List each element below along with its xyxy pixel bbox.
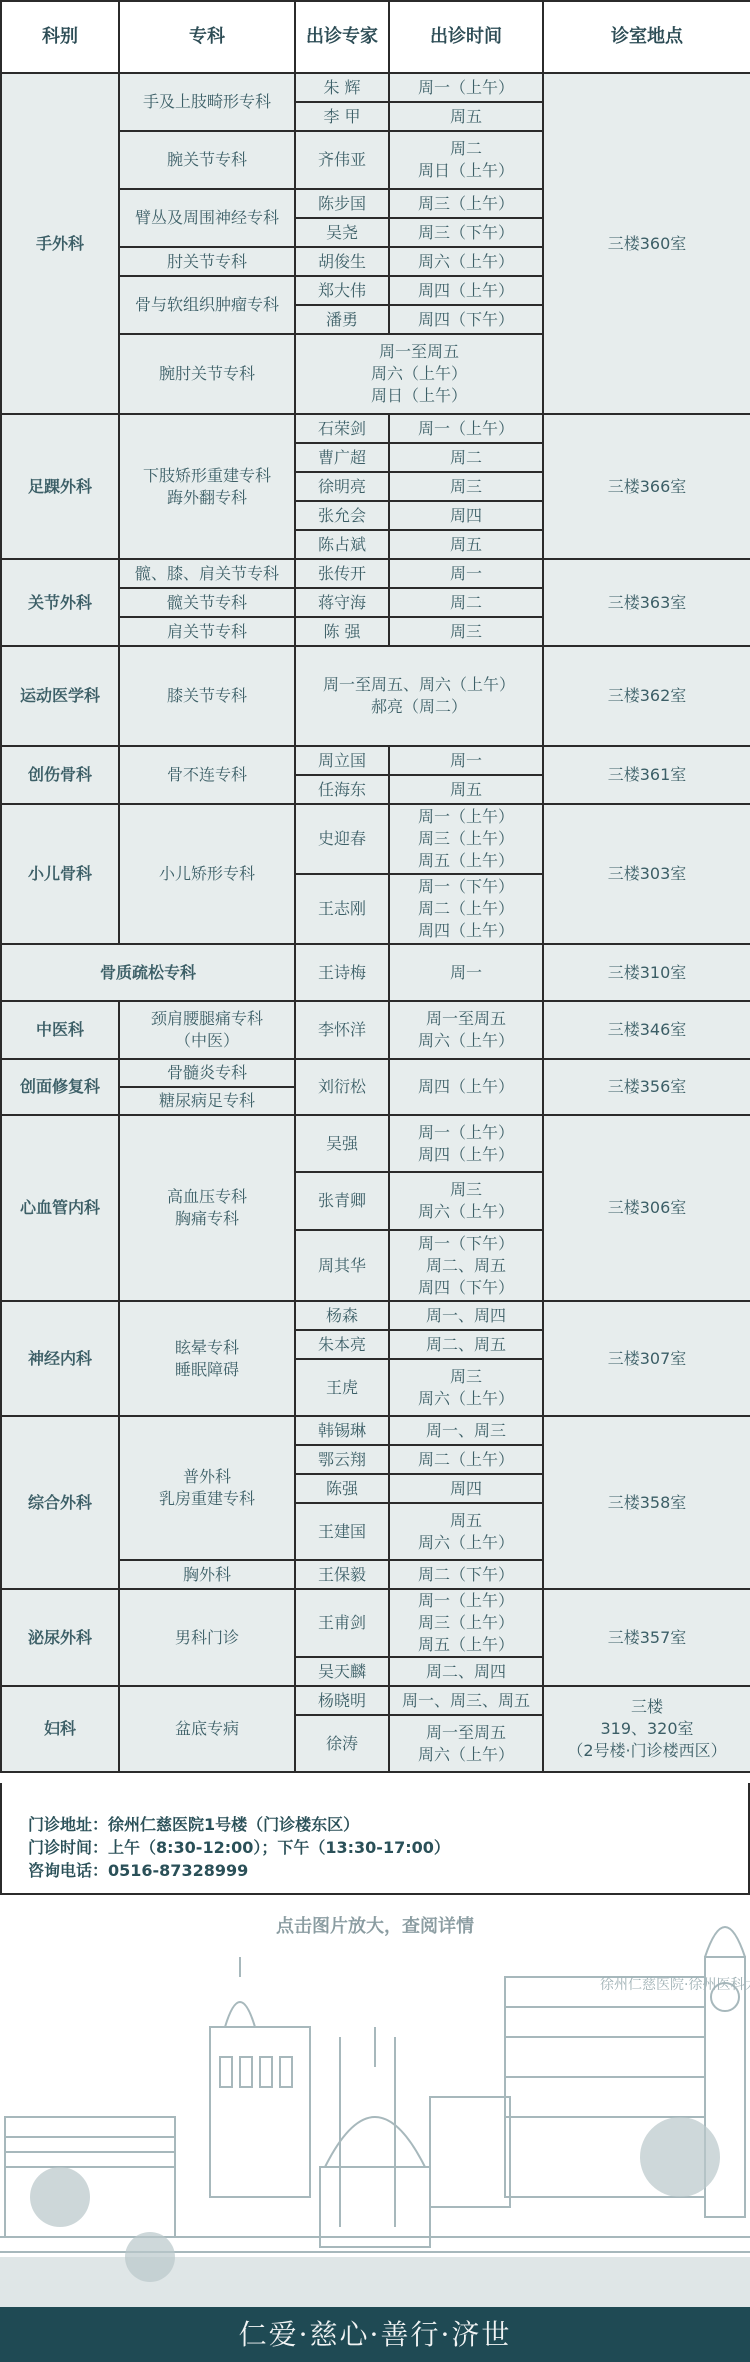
merged-time: 周一至周五周六（上午）周日（上午） [295, 334, 543, 414]
time: 周一 [389, 746, 543, 775]
specialty: 臂丛及周围神经专科 [119, 189, 295, 247]
time: 周一（下午）周二（上午）周四（上午） [389, 874, 543, 944]
time: 周五周六（上午） [389, 1503, 543, 1560]
specialty: 骨与软组织肿瘤专科 [119, 276, 295, 334]
col-time: 出诊时间 [389, 1, 543, 73]
time: 周一（上午）周四（上午） [389, 1115, 543, 1172]
room: 三楼319、320室（2号楼·门诊楼西区） [543, 1686, 750, 1772]
specialty: 骨髓炎专科 [119, 1059, 295, 1087]
dept-name: 小儿骨科 [1, 804, 119, 944]
time: 周二、周四 [389, 1657, 543, 1686]
specialty: 膝关节专科 [119, 646, 295, 746]
doctor: 石荣剑 [295, 414, 389, 443]
specialty: 肩关节专科 [119, 617, 295, 646]
time: 周四 [389, 1474, 543, 1503]
time: 周二（上午） [389, 1445, 543, 1474]
doctor: 任海东 [295, 775, 389, 804]
doctor: 胡俊生 [295, 247, 389, 276]
doctor: 徐涛 [295, 1715, 389, 1772]
time: 周五 [389, 102, 543, 131]
doctor: 李 甲 [295, 102, 389, 131]
dept-name: 足踝外科 [1, 414, 119, 559]
clinic-info-box: 门诊地址：徐州仁慈医院1号楼（门诊楼东区） 门诊时间：上午（8:30-12:00… [0, 1783, 750, 1895]
doctor: 陈步国 [295, 189, 389, 218]
time: 周三 [389, 472, 543, 501]
room: 三楼307室 [543, 1301, 750, 1416]
doctor: 陈占斌 [295, 530, 389, 559]
time: 周二 [389, 443, 543, 472]
doctor: 吴尧 [295, 218, 389, 247]
time: 周五 [389, 775, 543, 804]
specialty: 糖尿病足专科 [119, 1087, 295, 1115]
schedule-table: 科别 专科 出诊专家 出诊时间 诊室地点 手外科 手及上肢畸形专科 朱 辉 周一… [0, 0, 750, 1773]
doctor: 史迎春 [295, 804, 389, 874]
doctor: 陈 强 [295, 617, 389, 646]
room: 三楼310室 [543, 944, 750, 1001]
doctor: 刘衍松 [295, 1059, 389, 1115]
dept-name: 手外科 [1, 73, 119, 414]
doctor: 朱 辉 [295, 73, 389, 102]
dept-name: 心血管内科 [1, 1115, 119, 1301]
specialty: 普外科乳房重建专科 [119, 1416, 295, 1560]
specialty: 眩晕专科睡眠障碍 [119, 1301, 295, 1416]
doctor: 杨森 [295, 1301, 389, 1330]
doctor: 王诗梅 [295, 944, 389, 1001]
time: 周一（上午）周三（上午）周五（上午） [389, 1589, 543, 1657]
doctor: 鄂云翔 [295, 1445, 389, 1474]
room: 三楼356室 [543, 1059, 750, 1115]
dept-name: 骨质疏松专科 [1, 944, 295, 1001]
specialty: 髋、膝、肩关节专科 [119, 559, 295, 588]
doctor: 王保毅 [295, 1560, 389, 1589]
doctor: 蒋守海 [295, 588, 389, 617]
doctor: 王甫剑 [295, 1589, 389, 1657]
time: 周二周日（上午） [389, 131, 543, 189]
time: 周一、周四 [389, 1301, 543, 1330]
specialty: 骨不连专科 [119, 746, 295, 804]
dept-name: 中医科 [1, 1001, 119, 1059]
clinic-address: 门诊地址：徐州仁慈医院1号楼（门诊楼东区） [28, 1813, 450, 1836]
time: 周二 [389, 588, 543, 617]
time: 周三周六（上午） [389, 1359, 543, 1416]
doctor: 朱本亮 [295, 1330, 389, 1359]
room: 三楼357室 [543, 1589, 750, 1686]
dept-name: 关节外科 [1, 559, 119, 646]
doctor: 张青卿 [295, 1172, 389, 1230]
specialty: 高血压专科胸痛专科 [119, 1115, 295, 1301]
doctor: 张允会 [295, 501, 389, 530]
doctor: 吴天麟 [295, 1657, 389, 1686]
dept-name: 创伤骨科 [1, 746, 119, 804]
room: 三楼361室 [543, 746, 750, 804]
room: 三楼366室 [543, 414, 750, 559]
time: 周三（上午） [389, 189, 543, 218]
time: 周四（上午） [389, 1059, 543, 1115]
time: 周一至周五周六（上午） [389, 1001, 543, 1059]
doctor: 陈强 [295, 1474, 389, 1503]
doctor: 王虎 [295, 1359, 389, 1416]
doctor: 周立国 [295, 746, 389, 775]
time: 周一、周三、周五 [389, 1686, 543, 1715]
specialty: 腕关节专科 [119, 131, 295, 189]
time: 周五 [389, 530, 543, 559]
time: 周一（下午）周二、周五周四（下午） [389, 1230, 543, 1301]
doctor: 王建国 [295, 1503, 389, 1560]
time: 周一至周五周六（上午） [389, 1715, 543, 1772]
time: 周二、周五 [389, 1330, 543, 1359]
specialty: 手及上肢畸形专科 [119, 73, 295, 131]
time: 周三周六（上午） [389, 1172, 543, 1230]
doctor: 曹广超 [295, 443, 389, 472]
time: 周四（上午） [389, 276, 543, 305]
specialty: 男科门诊 [119, 1589, 295, 1686]
room: 三楼360室 [543, 73, 750, 414]
time: 周一（上午） [389, 73, 543, 102]
room: 三楼362室 [543, 646, 750, 746]
specialty: 胸外科 [119, 1560, 295, 1589]
time: 周四 [389, 501, 543, 530]
col-specialty: 专科 [119, 1, 295, 73]
room: 三楼363室 [543, 559, 750, 646]
time: 周二（下午） [389, 1560, 543, 1589]
merged-time: 周一至周五、周六（上午）郝亮（周二） [295, 646, 543, 746]
clinic-phone: 咨询电话：0516-87328999 [28, 1859, 450, 1882]
clinic-hours: 门诊时间：上午（8:30-12:00）；下午（13:30-17:00） [28, 1836, 450, 1859]
col-room: 诊室地点 [543, 1, 750, 73]
doctor: 郑大伟 [295, 276, 389, 305]
time: 周一（上午） [389, 414, 543, 443]
specialty: 肘关节专科 [119, 247, 295, 276]
dept-name: 妇科 [1, 1686, 119, 1772]
doctor: 潘勇 [295, 305, 389, 334]
specialty: 颈肩腰腿痛专科（中医） [119, 1001, 295, 1059]
room: 三楼303室 [543, 804, 750, 944]
header-row: 科别 专科 出诊专家 出诊时间 诊室地点 [1, 1, 750, 73]
doctor: 周其华 [295, 1230, 389, 1301]
specialty: 小儿矫形专科 [119, 804, 295, 944]
time: 周一 [389, 944, 543, 1001]
time: 周三 [389, 617, 543, 646]
dept-name: 运动医学科 [1, 646, 119, 746]
time: 周三（下午） [389, 218, 543, 247]
specialty: 盆底专病 [119, 1686, 295, 1772]
room: 三楼346室 [543, 1001, 750, 1059]
specialty: 腕肘关节专科 [119, 334, 295, 414]
specialty: 下肢矫形重建专科踇外翻专科 [119, 414, 295, 559]
time: 周一 [389, 559, 543, 588]
time: 周四（下午） [389, 305, 543, 334]
doctor: 齐伟亚 [295, 131, 389, 189]
dept-name: 创面修复科 [1, 1059, 119, 1115]
time: 周一（上午）周三（上午）周五（上午） [389, 804, 543, 874]
room: 三楼358室 [543, 1416, 750, 1589]
dept-name: 综合外科 [1, 1416, 119, 1589]
dept-name: 神经内科 [1, 1301, 119, 1416]
doctor: 张传开 [295, 559, 389, 588]
slogan-banner: 仁爱·慈心·善行·济世 [0, 2307, 750, 2362]
time: 周一、周三 [389, 1416, 543, 1445]
doctor: 杨晓明 [295, 1686, 389, 1715]
hospital-illustration[interactable]: 徐州仁慈医院·徐州医科大学附属 [0, 1897, 750, 2307]
time: 周六（上午） [389, 247, 543, 276]
doctor: 李怀洋 [295, 1001, 389, 1059]
room: 三楼306室 [543, 1115, 750, 1301]
dept-name: 泌尿外科 [1, 1589, 119, 1686]
doctor: 徐明亮 [295, 472, 389, 501]
hospital-sign: 徐州仁慈医院·徐州医科大学附属 [600, 1976, 750, 1993]
specialty: 髋关节专科 [119, 588, 295, 617]
col-doctor: 出诊专家 [295, 1, 389, 73]
doctor: 王志刚 [295, 874, 389, 944]
doctor: 吴强 [295, 1115, 389, 1172]
doctor: 韩锡琳 [295, 1416, 389, 1445]
col-dept: 科别 [1, 1, 119, 73]
